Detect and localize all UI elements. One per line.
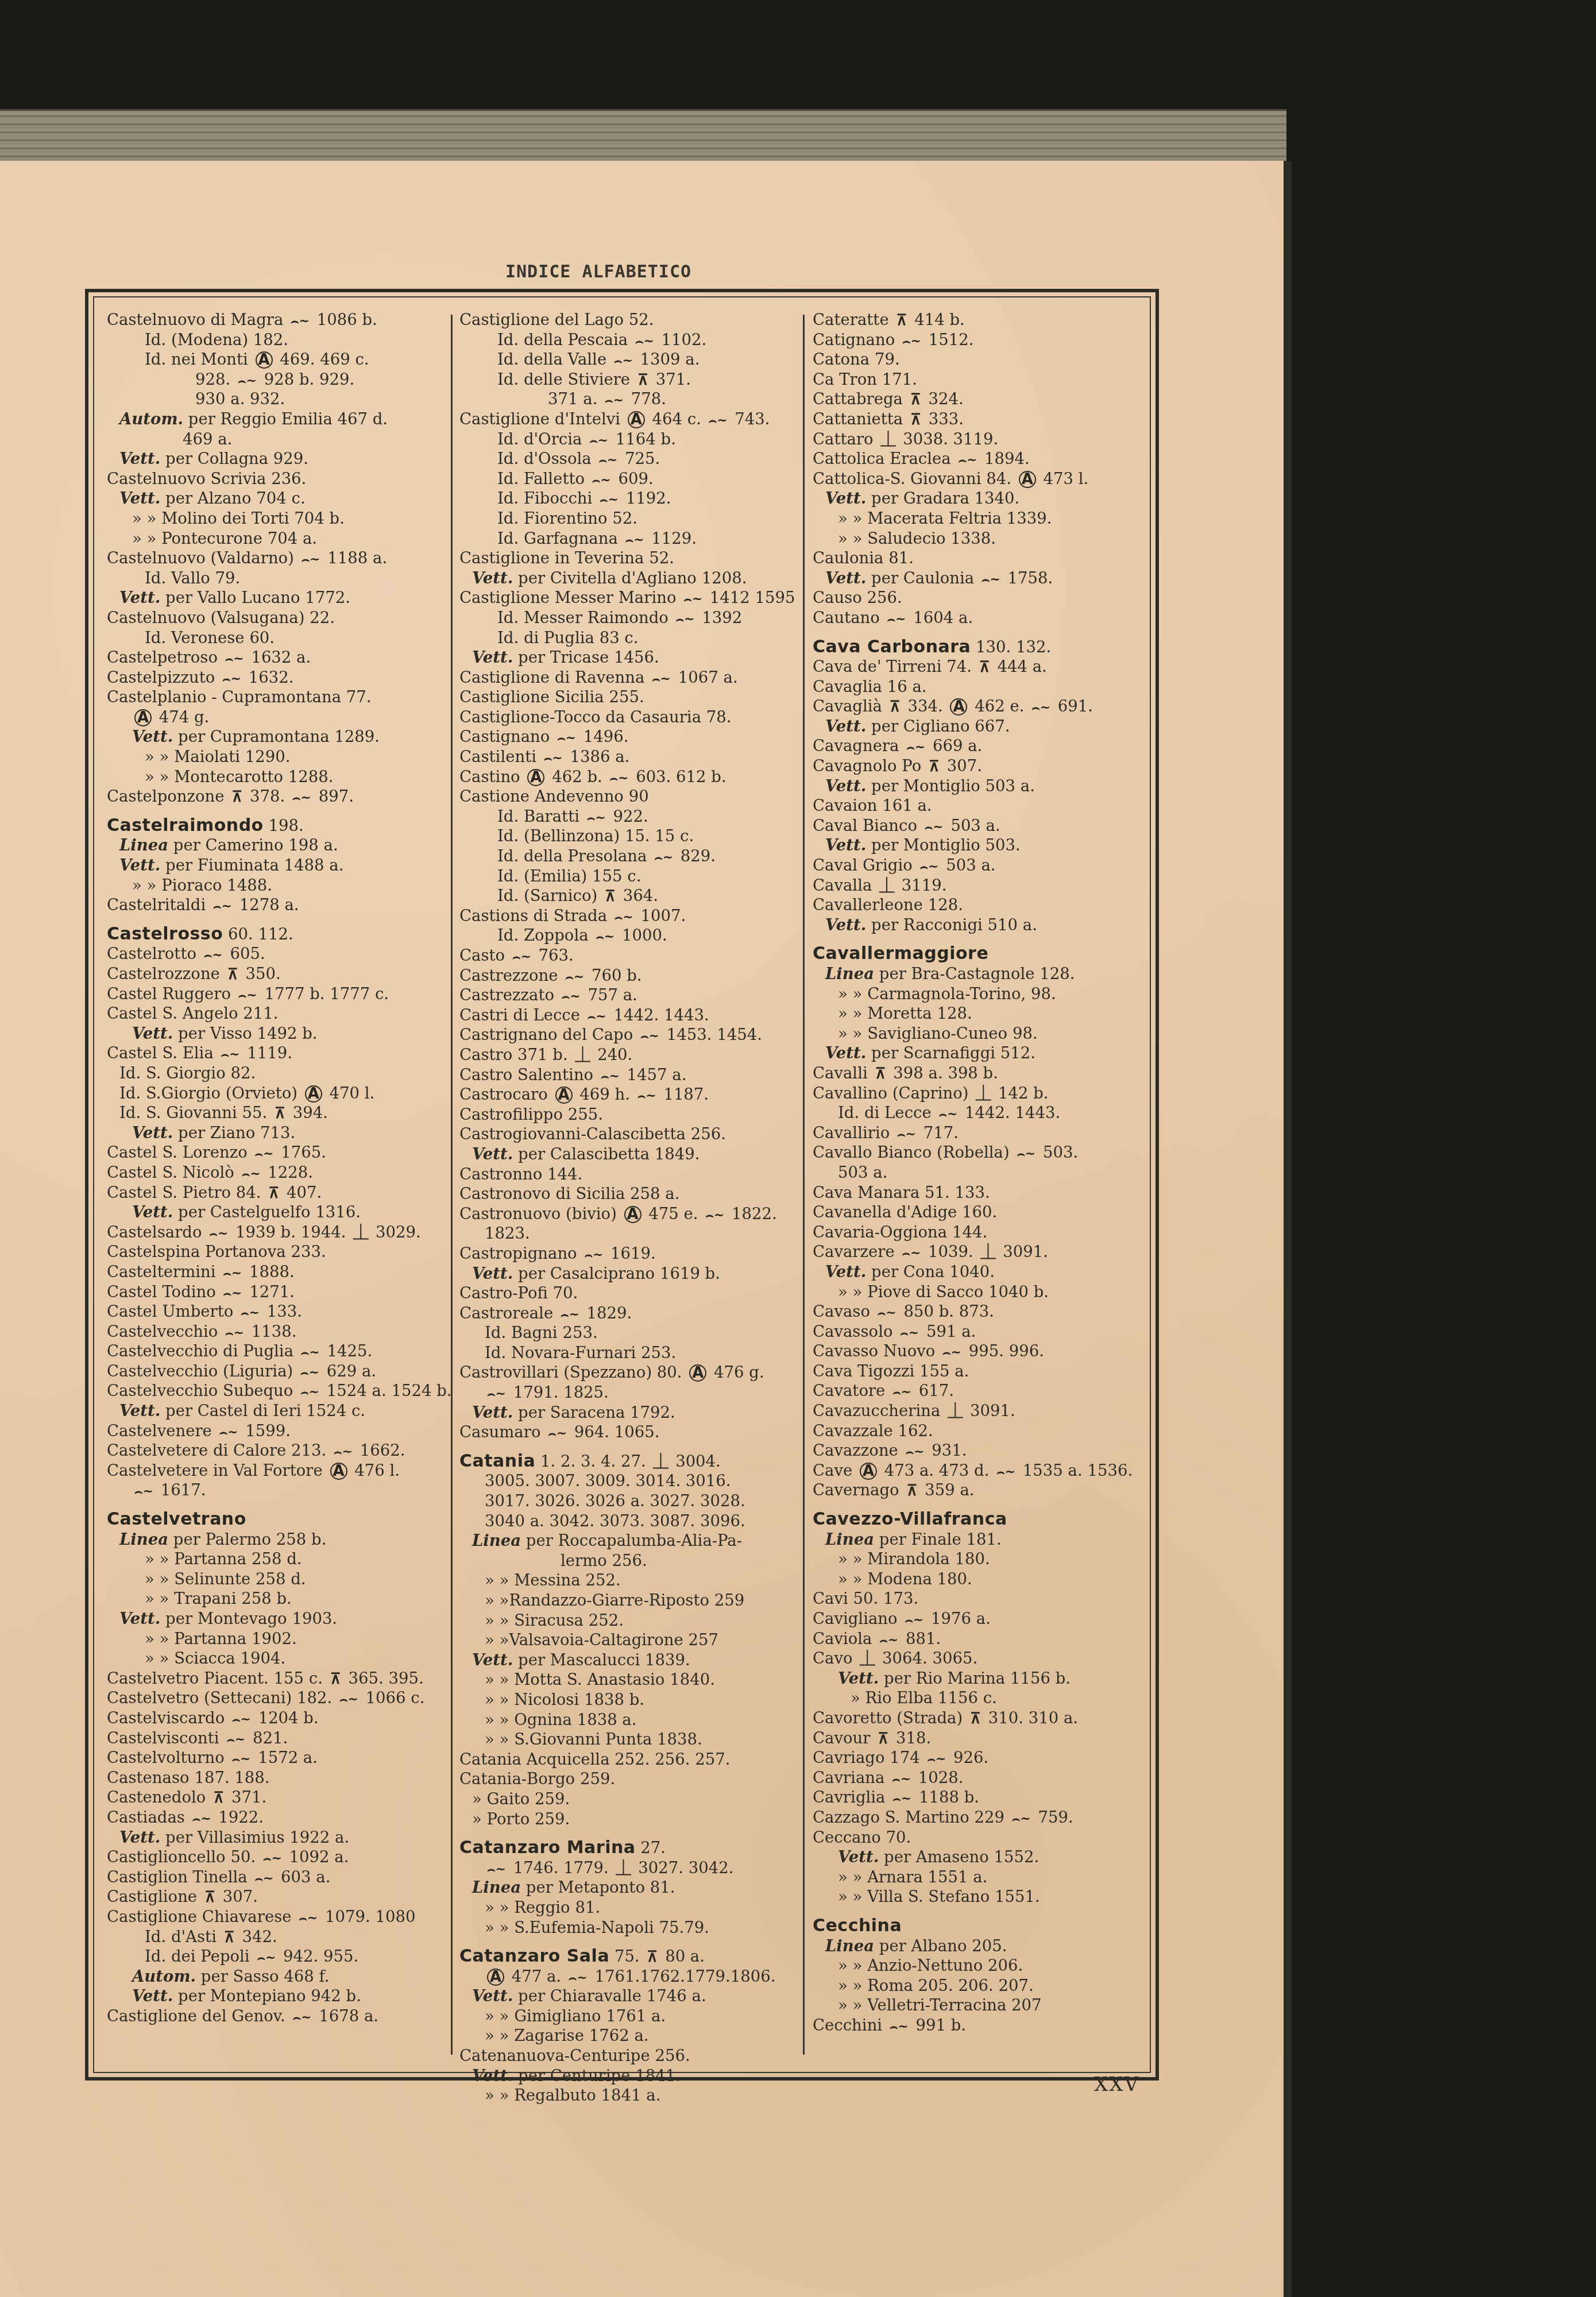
index-entry: Castelvetere di Calore 213. ⌢~ 1662. [107, 1441, 446, 1461]
entry-text: 475 e. [644, 1205, 704, 1223]
coach-icon: ⌢~ [887, 609, 906, 629]
entry-label: Vett. [119, 856, 160, 875]
entry-text: 1092 a. [284, 1848, 349, 1866]
entry-text: Cattolica Eraclea [813, 450, 956, 468]
index-entry: Castiglione Messer Marino ⌢~ 1412 1595 [459, 588, 804, 608]
entry-text: 27. [636, 1839, 666, 1857]
entry-text: 1067 a. [673, 668, 738, 687]
entry-text: » » Molino dei Torti 704 b. [132, 509, 345, 528]
entry-text: 717. [918, 1124, 959, 1142]
entry-text: 617. [914, 1382, 954, 1400]
entry-text: Castelrozzone [107, 965, 225, 983]
entry-text: Castione Andevenno 90 [459, 787, 649, 806]
entry-text: Castelvetro Piacent. 155 c. [107, 1669, 328, 1688]
coach-icon: ⌢~ [222, 669, 241, 689]
entry-text: 1. 2. 3. 4. 27. [535, 1452, 651, 1471]
entry-text: 3091. [998, 1243, 1048, 1261]
entry-text: lermo 256. [561, 1552, 647, 1570]
automobile-circle-icon: A [628, 411, 645, 428]
entry-text: Cavallirio [813, 1124, 895, 1142]
entry-text: Castiglione in Teverina 52. [459, 549, 674, 567]
entry-text: Cavallino (Caprino) [813, 1084, 973, 1103]
index-entry: Casteltermini ⌢~ 1888. [107, 1262, 446, 1282]
coach-icon: ⌢~ [892, 1382, 911, 1402]
index-entry: Cavagnera ⌢~ 669 a. [813, 736, 1151, 756]
index-entry: Linea per Albano 205. [813, 1936, 1151, 1956]
entry-text: per Calascibetta 1849. [513, 1145, 700, 1163]
entry-text: 1765. [276, 1143, 326, 1162]
index-entry: ⌢~ 1617. [107, 1480, 446, 1501]
entry-text: per Vallo Lucano 1772. [160, 589, 350, 607]
entry-text: Castelvenere [107, 1422, 217, 1440]
entry-text: per Caulonia [866, 569, 979, 587]
entry-text: 1425. [322, 1342, 372, 1360]
entry-text: Cave [813, 1461, 857, 1480]
entry-text: » » Partanna 258 d. [145, 1550, 302, 1568]
index-entry: Cavriana ⌢~ 1028. [813, 1768, 1151, 1788]
index-entry: Id. Vallo 79. [107, 569, 446, 589]
entry-text: » » Pontecurone 704 a. [132, 529, 317, 548]
ship-icon: ⏊ [575, 1046, 590, 1066]
index-entry: Id. S. Giorgio 82. [107, 1064, 446, 1084]
entry-text: 469 a. [183, 430, 232, 448]
entry-text: Castelvecchio (Liguria) [107, 1362, 298, 1380]
index-entry: Castrocaro A 469 h. ⌢~ 1187. [459, 1085, 804, 1105]
entry-text: Id. S.Giorgio (Orvieto) [119, 1084, 303, 1103]
entry-text: Id. Baratti [497, 807, 585, 826]
entry-text: Castilenti [459, 748, 542, 766]
entry-text: 3038. 3119. [898, 430, 998, 448]
index-entry: Id. Messer Raimondo ⌢~ 1392 [459, 608, 804, 628]
entry-text: Castro-Pofi 70. [459, 1284, 578, 1302]
entry-text: Castino [459, 768, 525, 786]
entry-text: Cavo [813, 1649, 857, 1668]
index-entry: Castelviscardo ⌢~ 1204 b. [107, 1708, 446, 1728]
entry-text: Castel Ruggero [107, 985, 236, 1003]
index-entry: Vett. per Mascalucci 1839. [459, 1650, 804, 1670]
coach-icon: ⌢~ [640, 1026, 659, 1046]
coach-icon: ⌢~ [300, 1363, 319, 1383]
entry-text: 1086 b. [312, 311, 377, 329]
automobile-circle-icon: A [689, 1364, 706, 1382]
index-entry: » » Arnara 1551 a. [813, 1867, 1151, 1888]
index-entry: Castiglione Chiavarese ⌢~ 1079. 1080 [107, 1907, 446, 1927]
index-entry: » » Anzio-Nettuno 206. [813, 1956, 1151, 1976]
entry-heading-text: Catanzaro Marina [459, 1838, 636, 1858]
index-entry: » » Reggio 81. [459, 1898, 804, 1918]
index-entry: Cavriago 174 ⌢~ 926. [813, 1748, 1151, 1768]
index-entry: Castiglione del Lago 52. [459, 310, 804, 330]
entry-label: Vett. [132, 728, 173, 746]
entry-text: 1204 b. [253, 1709, 319, 1727]
index-heading: Cavezzo-Villafranca [813, 1510, 1151, 1530]
coach-icon: ⌢~ [241, 1303, 260, 1323]
index-entry: Castelsardo ⌢~ 1939 b. 1944. ⏊ 3029. [107, 1223, 446, 1243]
entry-text: per Villasimius 1922 a. [160, 1828, 349, 1847]
coach-icon: ⌢~ [635, 331, 654, 351]
entry-text: 1524 a. 1524 b. [322, 1382, 451, 1400]
coach-icon: ⌢~ [565, 967, 584, 987]
entry-text: Id. Messer Raimondo [497, 609, 674, 627]
coach-icon: ⌢~ [958, 450, 977, 470]
entry-text: per Ziano 713. [173, 1124, 295, 1142]
entry-text: 1678 a. [314, 2007, 378, 2025]
entry-text: 130. 132. [971, 638, 1051, 656]
entry-text: per Albano 205. [874, 1937, 1007, 1955]
entry-text: Ceccano 70. [813, 1828, 911, 1847]
entry-text: 897. [314, 787, 354, 806]
entry-text: per Gradara 1340. [866, 489, 1019, 508]
coach-icon: ⌢~ [892, 1769, 911, 1789]
ship-icon: ⏊ [880, 430, 895, 450]
index-entry: ⌢~ 1791. 1825. [459, 1383, 804, 1403]
index-entry: » » Zagarise 1762 a. [459, 2026, 804, 2046]
index-entry: Caval Bianco ⌢~ 503 a. [813, 816, 1151, 836]
entry-label: Linea [119, 836, 168, 854]
entry-text: 1039. [923, 1243, 978, 1261]
entry-label: Vett. [132, 1124, 173, 1142]
index-entry: Vett. per Gradara 1340. [813, 489, 1151, 509]
entry-text: Castiglione Sicilia 255. [459, 688, 644, 706]
entry-text: per Racconigi 510 a. [866, 916, 1037, 934]
entry-label: Vett. [825, 489, 866, 508]
index-entry: Castel Umberto ⌢~ 133. [107, 1302, 446, 1322]
railway-bell-icon: ⊼ [910, 410, 921, 430]
index-entry: Castiglione del Genov. ⌢~ 1678 a. [107, 2006, 446, 2027]
coach-icon: ⌢~ [223, 1263, 242, 1283]
entry-text: 1000. [617, 926, 667, 945]
railway-bell-icon: ⊼ [268, 1184, 279, 1204]
coach-icon: ⌢~ [339, 1689, 358, 1710]
entry-text: Id. di Lecce [838, 1104, 936, 1122]
ship-icon: ⏊ [948, 1402, 963, 1422]
entry-text: Cavatore [813, 1382, 890, 1400]
entry-text: Cavalla [813, 876, 877, 895]
coach-icon: ⌢~ [134, 1482, 153, 1502]
entry-text: 469. 469 c. [275, 350, 369, 369]
index-entry: Vett. per Montiglio 503 a. [813, 776, 1151, 796]
entry-text: Id. Veronese 60. [145, 629, 275, 647]
entry-text: 3119. [896, 876, 946, 895]
entry-text: Cavallo Bianco (Robella) [813, 1143, 1014, 1162]
entry-text: Castiglione-Tocco da Casauria 78. [459, 708, 732, 726]
entry-text: Id. Garfagnana [497, 529, 623, 548]
index-entry: » » Saludecio 1338. [813, 529, 1151, 549]
index-entry: Id. (Modena) 182. [107, 330, 446, 350]
coach-icon: ⌢~ [557, 728, 576, 748]
index-entry: » » Gimigliano 1761 a. [459, 2006, 804, 2027]
coach-icon: ⌢~ [544, 748, 563, 768]
index-entry: Cavour ⊼ 318. [813, 1728, 1151, 1749]
automobile-circle-icon: A [860, 1463, 877, 1480]
index-entry: Castropignano ⌢~ 1619. [459, 1244, 804, 1264]
entry-text: Castro 371 b. [459, 1046, 573, 1064]
entry-text: » » Selinunte 258 d. [145, 1570, 306, 1588]
entry-text: Castroreale [459, 1304, 558, 1322]
index-entry: Castrezzato ⌢~ 757 a. [459, 985, 804, 1006]
entry-text: 778. [626, 390, 666, 408]
coach-icon: ⌢~ [614, 351, 633, 371]
index-entry: Casto ⌢~ 763. [459, 946, 804, 966]
entry-text: Castrovillari (Spezzano) 80. [459, 1363, 687, 1382]
entry-label: Vett. [472, 1403, 513, 1422]
index-entry: Castel S. Lorenzo ⌢~ 1765. [107, 1143, 446, 1163]
entry-text: Id. d'Orcia [497, 430, 587, 448]
entry-text: 80 a. [660, 1947, 705, 1966]
entry-text: Castelvetere in Val Fortore [107, 1461, 328, 1480]
index-entry: Castronovo di Sicilia 258 a. [459, 1184, 804, 1204]
index-entry: lermo 256. [459, 1551, 804, 1571]
entry-text: 603 a. [276, 1868, 330, 1886]
entry-text: Cavalli [813, 1064, 873, 1082]
index-entry: Cavazzale 162. [813, 1421, 1151, 1441]
entry-text: » » Trapani 258 b. [145, 1590, 292, 1608]
coach-icon: ⌢~ [878, 1303, 896, 1323]
entry-text: 1386 a. [565, 748, 630, 766]
index-entry: Id. della Valle ⌢~ 1309 a. [459, 350, 804, 370]
entry-text: Id. d'Ossola [497, 450, 596, 468]
entry-text: 922. [608, 807, 648, 826]
index-entry: Cavaglià ⊼ 334. A 462 e. ⌢~ 691. [813, 697, 1151, 717]
entry-text: » » Motta S. Anastasio 1840. [485, 1670, 715, 1689]
railway-bell-icon: ⊼ [906, 1481, 917, 1501]
entry-text: per Collagna 929. [160, 450, 308, 468]
entry-text: 1512. [923, 331, 973, 349]
entry-text: 603. 612 b. [631, 768, 726, 786]
entry-text: 763. [534, 946, 574, 965]
entry-text: Id. Fibocchi [497, 489, 597, 508]
entry-text: 473 l. [1038, 470, 1089, 488]
railway-bell-icon: ⊼ [896, 311, 907, 331]
index-entry: Castelpetroso ⌢~ 1632 a. [107, 648, 446, 668]
entry-text: Cavoretto (Strada) [813, 1709, 968, 1727]
entry-text: 476 g. [709, 1363, 764, 1382]
entry-text: Id. S. Giorgio 82. [119, 1064, 256, 1082]
entry-text: 133. [262, 1302, 302, 1321]
entry-text: » » Sciacca 1904. [145, 1649, 285, 1668]
entry-heading-text: Catania [459, 1451, 535, 1471]
coach-icon: ⌢~ [592, 470, 611, 490]
railway-bell-icon: ⊼ [213, 1788, 224, 1808]
index-entry: 3017. 3026. 3026 a. 3027. 3028. [459, 1491, 804, 1511]
index-entry: Id. (Bellinzona) 15. 15 c. [459, 826, 804, 846]
entry-text: 333. [923, 410, 964, 428]
index-entry: » » Velletri-Terracina 207 [813, 1996, 1151, 2016]
index-entry: Castri di Lecce ⌢~ 1442. 1443. [459, 1006, 804, 1026]
railway-bell-icon: ⊼ [330, 1669, 341, 1689]
index-entry: Id. Fiorentino 52. [459, 509, 804, 529]
entry-text: Castropignano [459, 1244, 582, 1263]
entry-label: Vett. [472, 1264, 513, 1283]
index-entry: Castelnuovo di Magra ⌢~ 1086 b. [107, 310, 446, 330]
entry-text: Id. Vallo 79. [145, 569, 240, 587]
entry-text: 1453. 1454. [662, 1026, 762, 1044]
entry-text: Castel Todino [107, 1283, 221, 1301]
index-entry: Id. nei Monti A 469. 469 c. [107, 350, 446, 370]
index-entry: Castrofilippo 255. [459, 1105, 804, 1125]
entry-text: 462 b. [547, 768, 607, 786]
entry-text: per Palermo 258 b. [168, 1530, 326, 1549]
index-entry: Castiglion Tinella ⌢~ 603 a. [107, 1867, 446, 1888]
entry-text: 1102. [656, 331, 706, 349]
index-entry: Caval Grigio ⌢~ 503 a. [813, 856, 1151, 876]
index-entry: Id. (Sarnico) ⊼ 364. [459, 886, 804, 906]
index-entry: Autom. per Sasso 468 f. [107, 1967, 446, 1987]
entry-text: 1442. 1443. [609, 1006, 709, 1024]
entry-heading-text: Catanzaro Sala [459, 1946, 609, 1966]
automobile-circle-icon: A [1019, 471, 1036, 488]
entry-text: Castelnuovo di Magra [107, 311, 288, 329]
entry-label: Vett. [838, 1669, 879, 1688]
index-entry: A 474 g. [107, 707, 446, 728]
index-entry: Castione Andevenno 90 [459, 787, 804, 807]
index-entry: Castilenti ⌢~ 1386 a. [459, 747, 804, 767]
entry-text: Castiglioncello 50. [107, 1848, 261, 1866]
ship-icon: ⏊ [653, 1452, 668, 1472]
entry-text: 757 a. [583, 986, 637, 1004]
entry-text: » » Moretta 128. [838, 1004, 972, 1023]
entry-text: 1829. [582, 1304, 632, 1322]
entry-text: 198. [264, 817, 304, 835]
entry-text: Cavi 50. 173. [813, 1590, 918, 1608]
entry-text: 1662. [355, 1441, 405, 1460]
coach-icon: ⌢~ [637, 1086, 656, 1106]
index-entry: » » Partanna 1902. [107, 1629, 446, 1649]
entry-text: Casto [459, 946, 510, 965]
entry-label: Linea [825, 1937, 874, 1955]
coach-icon: ⌢~ [600, 490, 619, 510]
entry-text: » » Arnara 1551 a. [838, 1868, 987, 1886]
index-entry: Vett. per Centuripe 1841. [459, 2066, 804, 2086]
entry-label: Vett. [472, 2067, 513, 2085]
entry-text: Cecchini [813, 2016, 887, 2035]
index-entry: » » Molino dei Torti 704 b. [107, 509, 446, 529]
index-entry: Linea per Camerino 198 a. [107, 836, 446, 856]
index-entry: » » Partanna 258 d. [107, 1549, 446, 1569]
index-entry: » » Montecarotto 1288. [107, 767, 446, 787]
index-entry: Castelvenere ⌢~ 1599. [107, 1421, 446, 1441]
entry-label: Linea [825, 965, 874, 983]
entry-text: per Castelguelfo 1316. [173, 1203, 361, 1221]
index-entry: » »Randazzo-Giarre-Riposto 259 [459, 1591, 804, 1611]
entry-text: 3004. [670, 1452, 720, 1471]
entry-text: Castelspina Portanova 233. [107, 1243, 326, 1261]
entry-text: » » Ognina 1838 a. [485, 1711, 637, 1729]
entry-text: Id. d'Asti [145, 1928, 222, 1946]
index-entry: Id. d'Ossola ⌢~ 725. [459, 449, 804, 469]
entry-text: 1007. [636, 907, 686, 925]
index-entry: Id. della Pescaia ⌢~ 1102. [459, 330, 804, 350]
index-entry: Catona 79. [813, 350, 1151, 370]
entry-text: Cautano [813, 609, 885, 627]
entry-text: Castel S. Nicolò [107, 1163, 239, 1182]
entry-text: » » Reggio 81. [485, 1898, 600, 1917]
index-entry: 469 a. [107, 430, 446, 450]
entry-text: 725. [620, 450, 660, 468]
entry-text: per Montiglio 503 a. [866, 777, 1035, 795]
index-entry: Castro Salentino ⌢~ 1457 a. [459, 1065, 804, 1085]
entry-text: 444 a. [992, 658, 1047, 676]
index-entry: Id. Novara-Furnari 253. [459, 1343, 804, 1363]
entry-label: Vett. [825, 717, 866, 736]
index-entry: Castel S. Elia ⌢~ 1119. [107, 1043, 446, 1064]
entry-text: per Centuripe 1841. [513, 2067, 681, 2085]
entry-text: per Visso 1492 b. [173, 1024, 317, 1043]
railway-bell-icon: ⊼ [970, 1709, 981, 1729]
entry-text: 334. [903, 697, 948, 716]
entry-text: Caval Bianco [813, 817, 922, 835]
entry-text: 1228. [263, 1163, 313, 1182]
entry-text: per Rio Marina 1156 b. [879, 1669, 1071, 1688]
index-entry: » » Regalbuto 1841 a. [459, 2086, 804, 2106]
entry-text: Cattaro [813, 430, 878, 448]
entry-text: » » Nicolosi 1838 b. [485, 1691, 644, 1709]
automobile-circle-icon: A [330, 1463, 347, 1480]
entry-text: Castenedolo [107, 1788, 211, 1807]
entry-text: » » Roma 205. 206. 207. [838, 1977, 1034, 1995]
railway-bell-icon: ⊼ [275, 1104, 285, 1124]
entry-text: 743. [730, 410, 770, 428]
index-entry: Castiglione d'Intelvi A 464 c. ⌢~ 743. [459, 409, 804, 430]
coach-icon: ⌢~ [257, 1948, 276, 1968]
entry-text: 995. 996. [964, 1342, 1044, 1360]
entry-text: » »Valsavoia-Caltagirone 257 [485, 1631, 718, 1649]
entry-text: Castelpizzuto [107, 668, 220, 687]
entry-text: Id. (Sarnico) [497, 887, 602, 905]
index-heading: Cavallermaggiore [813, 944, 1151, 964]
index-entry: » »Valsavoia-Caltagirone 257 [459, 1630, 804, 1650]
index-entry: Cattaro ⏊ 3038. 3119. [813, 430, 1151, 450]
entry-text: Cavriago 174 [813, 1749, 925, 1767]
index-entry: » Rio Elba 1156 c. [813, 1688, 1151, 1708]
coach-icon: ⌢~ [588, 1007, 606, 1027]
coach-icon: ⌢~ [879, 1630, 898, 1650]
entry-text: 881. [901, 1630, 941, 1648]
automobile-circle-icon: A [527, 769, 544, 786]
index-entry: Cavallo Bianco (Robella) ⌢~ 503. [813, 1143, 1151, 1163]
entry-text: 1791. 1825. [508, 1383, 609, 1402]
entry-text: 342. [237, 1928, 277, 1946]
entry-text: 591 a. [921, 1322, 976, 1341]
ship-icon: ⏊ [976, 1084, 991, 1104]
coach-icon: ⌢~ [683, 589, 702, 609]
index-entry: Cavaso ⌢~ 850 b. 873. [813, 1302, 1151, 1322]
index-entry: Vett. per Montepiano 942 b. [107, 1986, 446, 2006]
entry-text: Cavagnera [813, 737, 904, 755]
entry-text: Caval Grigio [813, 856, 918, 875]
entry-text: per Mascalucci 1839. [513, 1651, 690, 1669]
index-entry: Castroreale ⌢~ 1829. [459, 1304, 804, 1324]
index-entry: Ca Tron 171. [813, 370, 1151, 390]
entry-label: Linea [472, 1532, 521, 1550]
entry-text: Cavazzone [813, 1441, 903, 1460]
coach-icon: ⌢~ [625, 530, 644, 550]
entry-text: Cavagnolo Po [813, 757, 926, 775]
index-entry: Linea per Palermo 258 b. [107, 1530, 446, 1550]
entry-text: » » Regalbuto 1841 a. [485, 2086, 660, 2105]
entry-text: Catania Acquicella 252. 256. 257. [459, 1750, 730, 1769]
index-entry: Castelnuovo (Valsugana) 22. [107, 608, 446, 628]
coach-icon: ⌢~ [996, 1462, 1015, 1482]
index-entry: Castelritaldi ⌢~ 1278 a. [107, 895, 446, 915]
index-entry: » Porto 259. [459, 1809, 804, 1830]
entry-text: Cavazzale 162. [813, 1422, 933, 1440]
index-entry: Cavalli ⊼ 398 a. 398 b. [813, 1064, 1151, 1084]
coach-icon: ⌢~ [213, 896, 232, 917]
index-entry: Castelvetro Piacent. 155 c. ⊼ 365. 395. [107, 1669, 446, 1689]
entry-text: 371. [651, 370, 691, 389]
coach-icon: ⌢~ [242, 1164, 261, 1184]
